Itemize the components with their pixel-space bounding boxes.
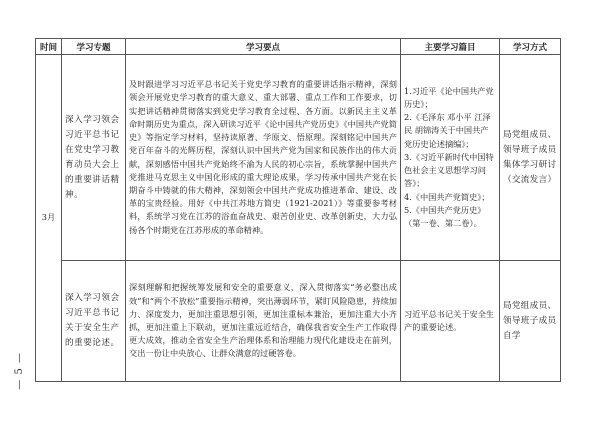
page-number: — 5 — [14,352,25,390]
header-time: 时间 [36,39,62,55]
table-row: 深入学习领会习近平总书记关于安全生产的重要论述。 深刻理解和把握统筹发展和安全的… [36,261,561,382]
method-cell: 局党组成员、领导班子成员自学 [500,261,561,382]
reading-item: 3.《习近平新时代中国特色社会主义思想学习问答》； [404,151,496,191]
table-header-row: 时间 学习专题 学习要点 主要学习篇目 学习方式 [36,39,561,55]
key-points-cell: 及时跟进学习习近平总书记关于党史学习教育的重要讲话指示精神，深刻领会开展党史学习… [126,55,401,261]
method-cell: 局党组成员、领导班子成员集体学习研讨（交流发言） [500,55,561,261]
key-points-cell: 深刻理解和把握统筹发展和安全的重要意义，深入贯彻落实“务必整出成效”和“两个不放… [126,261,401,382]
study-plan-table: 时间 学习专题 学习要点 主要学习篇目 学习方式 3月 深入学习领会习近平总书记… [35,38,561,382]
reading-item: 4.《中国共产党简史》； [404,191,496,204]
method-text: 局党组成员、领导班子成员自学 [500,299,560,344]
topic-text: 深入学习领会习近平总书记关于安全生产的重要论述。 [62,291,125,351]
readings-cell: 习近平总书记关于安全生产的重要论述。 [401,261,500,382]
month-cell: 3月 [36,55,62,382]
key-points-text: 及时跟进学习习近平总书记关于党史学习教育的重要讲话指示精神，深刻领会开展党史学习… [126,76,400,238]
reading-item: 2.《毛泽东 邓小平 江泽民 胡锦涛关于中国共产党历史论述摘编》； [404,111,496,151]
topic-text: 深入学习领会习近平总书记在党史学习教育动员大会上的重要讲话精神。 [62,113,125,203]
header-method: 学习方式 [500,39,561,55]
header-topic: 学习专题 [62,39,126,55]
key-points-text: 深刻理解和把握统筹发展和安全的重要意义，深入贯彻落实“务必整出成效”和“两个不放… [126,279,400,362]
topic-cell: 深入学习领会习近平总书记在党史学习教育动员大会上的重要讲话精神。 [62,55,126,261]
header-readings: 主要学习篇目 [401,39,500,55]
header-key-points: 学习要点 [126,39,401,55]
reading-item: 5.《中国共产党历史》（第一卷、第二卷）。 [404,204,496,230]
reading-item: 习近平总书记关于安全生产的重要论述。 [404,308,496,334]
readings-cell: 1.习近平《论中国共产党历史》； 2.《毛泽东 邓小平 江泽民 胡锦涛关于中国共… [401,55,500,261]
method-text: 局党组成员、领导班子成员集体学习研讨（交流发言） [500,128,560,188]
reading-item: 1.习近平《论中国共产党历史》； [404,85,496,111]
topic-cell: 深入学习领会习近平总书记关于安全生产的重要论述。 [62,261,126,382]
table-row: 3月 深入学习领会习近平总书记在党史学习教育动员大会上的重要讲话精神。 及时跟进… [36,55,561,261]
